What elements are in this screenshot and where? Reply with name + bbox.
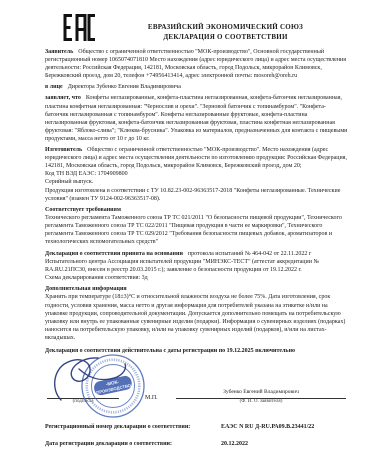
registration-number-value: ЕАЭС N RU Д-RU.РА09.В.23441/22	[221, 423, 314, 431]
registration-number-row: Регистрационный номер декларации о соотв…	[45, 423, 348, 431]
signer-name-caption: (Ф. И. О. заявителя)	[176, 399, 346, 404]
company-stamp: -МОК- ПРОИЗВОДСТВО	[49, 352, 153, 420]
additional-info-text: Хранить при температуре (18±3)°С и относ…	[45, 294, 345, 340]
registration-number-label: Регистрационный номер декларации о соотв…	[45, 423, 221, 431]
applicant-text: Общество с ограниченной ответственностью…	[45, 49, 346, 79]
declares-section: заявляет, чтоКонфеты неглазированные, ко…	[45, 94, 348, 143]
signature-block: (подпись) М.П. Зубенко Евгений Владимиро…	[45, 358, 348, 414]
document-title: ДЕКЛАРАЦИЯ О СООТВЕТСТВИИ	[103, 32, 348, 42]
declares-text: Конфеты неглазированные, конфета-пластин…	[45, 95, 347, 141]
basis-section: Декларация о соответствии принята на осн…	[45, 250, 348, 282]
applicant-section: ЗаявительОбщество с ограниченной ответст…	[45, 48, 348, 80]
compliance-heading: Соответствует требованиям	[45, 206, 348, 215]
declaration-document: ЕВРАЗИЙСКИЙ ЭКОНОМИЧЕСКИЙ СОЮЗ ДЕКЛАРАЦИ…	[0, 0, 375, 450]
compliance-section: Соответствует требованиям Технического р…	[45, 206, 348, 247]
registration-date-row: Дата регистрации декларации о соответств…	[45, 440, 348, 448]
document-header: ЕВРАЗИЙСКИЙ ЭКОНОМИЧЕСКИЙ СОЮЗ ДЕКЛАРАЦИ…	[45, 14, 348, 42]
tu-standard-line: Продукция изготовлена в соответствии с Т…	[45, 187, 348, 203]
person-section: в лицеДиректора Зубенко Евгения Владимир…	[45, 83, 348, 91]
registration-date-label: Дата регистрации декларации о соответств…	[45, 440, 221, 448]
union-title: ЕВРАЗИЙСКИЙ ЭКОНОМИЧЕСКИЙ СОЮЗ	[103, 22, 348, 32]
basis-label: Декларация о соответствии принята на осн…	[45, 251, 183, 257]
registration-date-value: 20.12.2022	[221, 440, 248, 448]
eac-logo-icon	[63, 14, 97, 41]
manufacturer-label: Изготовитель	[45, 147, 82, 153]
manufacturer-section: ИзготовительОбщество с ограниченной отве…	[45, 146, 348, 203]
scheme-line: Схема декларирования соответствия: 3д	[45, 274, 348, 282]
manufacturer-text: Общество с ограниченной ответственностью…	[45, 147, 347, 169]
serial-release-line: Серийный выпуск.	[45, 178, 348, 186]
compliance-text: Технического регламента Таможенного союз…	[45, 215, 342, 245]
additional-info-heading: Дополнительная информация	[45, 285, 348, 294]
signer-name: Зубенко Евгений Владимирович	[176, 389, 346, 395]
header-titles: ЕВРАЗИЙСКИЙ ЭКОНОМИЧЕСКИЙ СОЮЗ ДЕКЛАРАЦИ…	[97, 14, 348, 42]
person-label: в лице	[45, 84, 63, 90]
person-text: Директора Зубенко Евгения Владимировича	[68, 84, 181, 90]
applicant-label: Заявитель	[45, 49, 73, 55]
tn-ved-code-line: Код ТН ВЭД ЕАЭС: 1704909800	[45, 170, 348, 178]
additional-info-section: Дополнительная информация Хранить при те…	[45, 285, 348, 342]
declares-label: заявляет, что	[45, 95, 81, 101]
